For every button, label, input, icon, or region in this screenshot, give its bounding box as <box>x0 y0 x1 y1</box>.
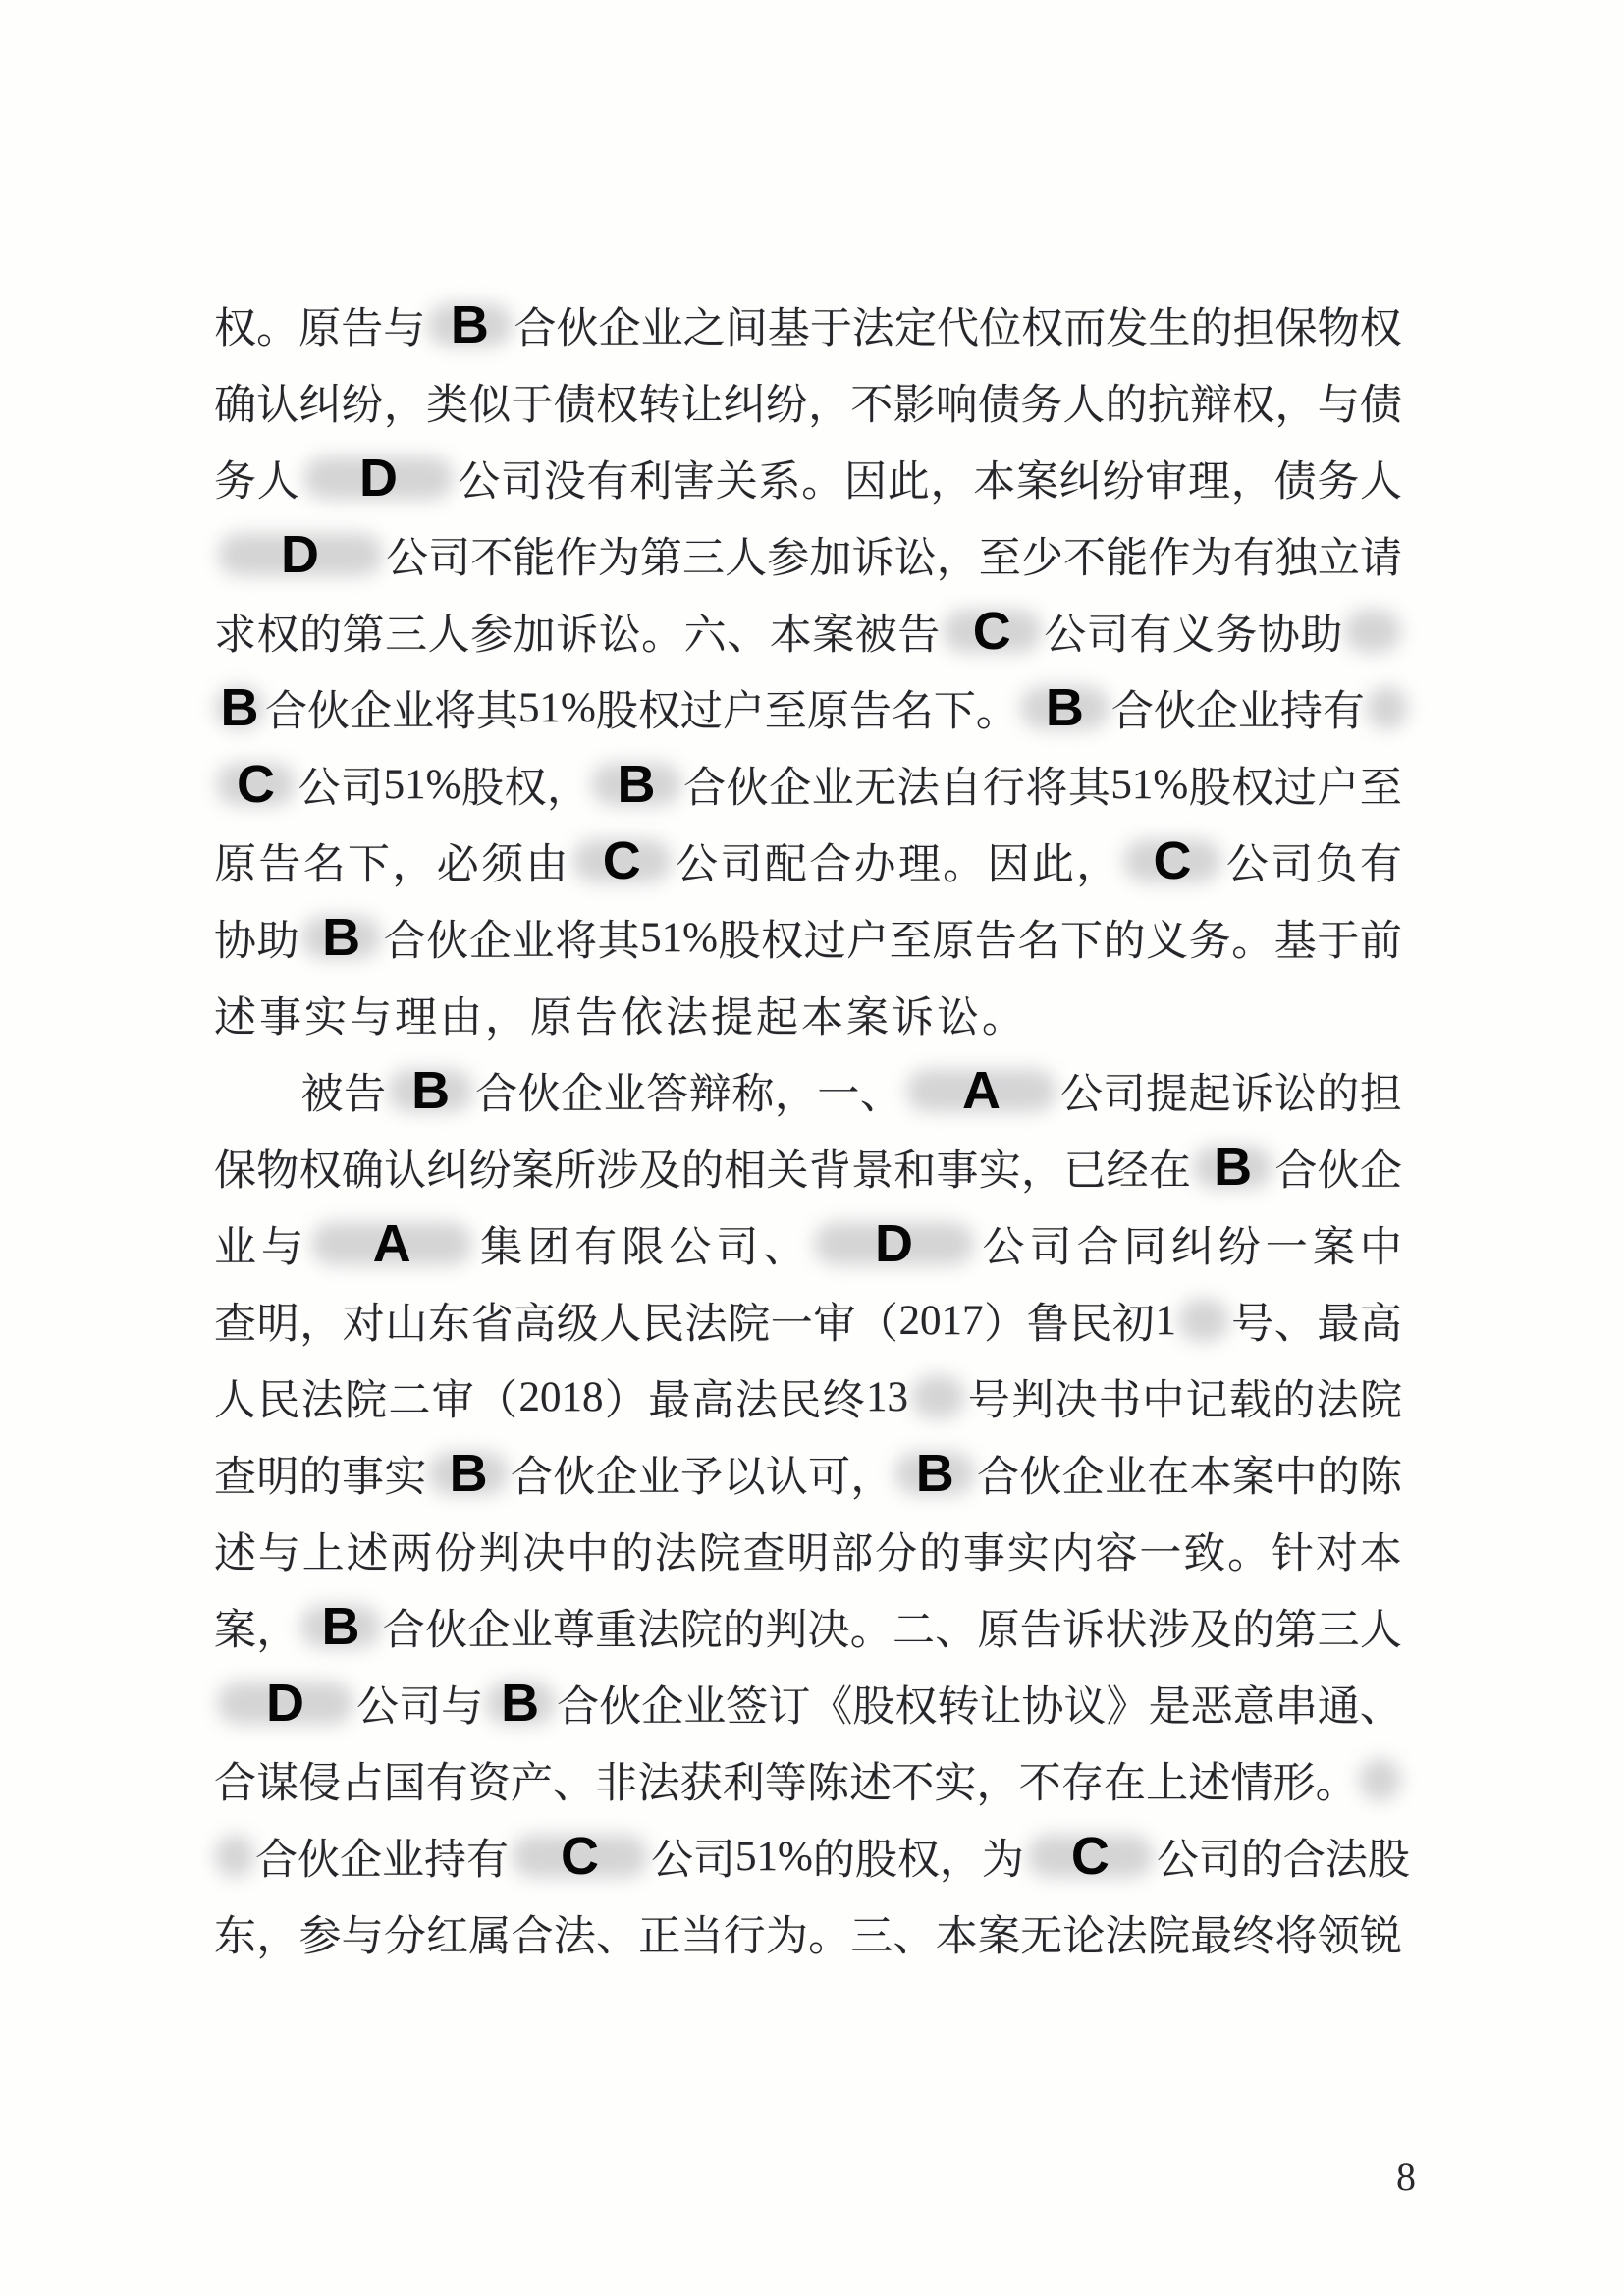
redaction-B: B <box>299 905 383 970</box>
page-number: 8 <box>1367 2154 1445 2200</box>
glyph: 的 <box>919 1521 961 1580</box>
glyph: 求 <box>214 602 256 662</box>
glyph: 合 <box>512 1903 554 1963</box>
glyph: 第 <box>343 602 385 662</box>
blur-smudge-icon <box>1366 686 1408 729</box>
glyph: 最 <box>1317 1291 1359 1351</box>
glyph: 的 <box>1232 1597 1274 1657</box>
glyph: 合 <box>511 1444 553 1504</box>
glyph: 伙 <box>425 1597 467 1657</box>
glyph: 股 <box>852 1674 894 1734</box>
glyph: 提 <box>1146 1061 1188 1121</box>
glyph: 原 <box>978 1597 1020 1657</box>
glyph: 合 <box>514 295 556 355</box>
glyph: 权 <box>504 755 546 815</box>
glyph: 伙 <box>599 1674 641 1734</box>
glyph: 公 <box>1044 602 1086 662</box>
glyph: 的 <box>1317 1061 1359 1121</box>
glyph: 务 <box>1317 449 1359 508</box>
blur-smudge-icon <box>1178 1299 1230 1342</box>
redaction-letter: B <box>451 298 489 351</box>
glyph: 及 <box>639 1138 681 1198</box>
glyph: 公 <box>983 1214 1025 1274</box>
glyph: 司 <box>1087 602 1129 662</box>
glyph: 伙 <box>1019 1444 1061 1504</box>
redaction-blur <box>214 1824 255 1889</box>
glyph: 利 <box>629 449 672 508</box>
glyph: 判 <box>765 1597 807 1657</box>
glyph: 讼 <box>1274 1061 1317 1121</box>
glyph: 人 <box>1360 449 1402 508</box>
glyph: 意 <box>1233 1674 1275 1734</box>
glyph: 企 <box>769 755 811 815</box>
glyph: 协 <box>1258 602 1300 662</box>
glyph: 司 <box>501 449 543 508</box>
glyph: 合 <box>1274 1138 1317 1198</box>
glyph: 户 <box>723 678 765 738</box>
glyph: 自 <box>940 755 982 815</box>
glyph: 本 <box>770 602 812 662</box>
glyph: 经 <box>1107 1138 1149 1198</box>
glyph: 企 <box>599 295 641 355</box>
redaction-letter: B <box>618 758 656 811</box>
glyph: 原 <box>932 908 974 968</box>
glyph: ， <box>977 1750 1019 1810</box>
text-line: 合谋侵占国有资产、非法获利等陈述不实，不存在上述情形。 <box>214 1741 1402 1818</box>
glyph: 、 <box>727 602 769 662</box>
glyph: 业 <box>382 1827 424 1887</box>
glyph: 其 <box>1068 755 1110 815</box>
glyph: 与 <box>383 295 425 355</box>
glyph: 纷 <box>1218 1214 1261 1274</box>
glyph: 务 <box>1189 908 1231 968</box>
glyph: 将 <box>555 908 597 968</box>
glyph: 股 <box>718 908 760 968</box>
glyph: 前 <box>1360 908 1402 968</box>
glyph: 有 <box>1323 678 1365 738</box>
glyph: 二 <box>893 1597 935 1657</box>
glyph: 法 <box>301 1367 344 1427</box>
glyph: 的 <box>611 1521 653 1580</box>
text-line: 务人D公司没有利害关系。因此，本案纠纷审理，债务人 <box>214 440 1402 516</box>
glyph: 中 <box>1142 1367 1184 1427</box>
glyph: 协 <box>1022 1674 1064 1734</box>
blur-smudge-icon <box>911 1375 966 1418</box>
blur-smudge-icon <box>1359 1758 1401 1801</box>
glyph: 论 <box>1062 1903 1105 1963</box>
glyph: 债 <box>978 372 1020 432</box>
glyph: 有 <box>587 449 629 508</box>
glyph: 原 <box>214 831 256 891</box>
redaction-letter: B <box>322 1600 360 1653</box>
glyph: 容 <box>1096 1521 1138 1580</box>
glyph: 侵 <box>298 1750 341 1810</box>
glyph: ， <box>547 755 589 815</box>
glyph: 领 <box>1318 1903 1360 1963</box>
glyph: 本 <box>1360 1521 1402 1580</box>
redaction-B: B <box>590 752 683 817</box>
glyph: 无 <box>854 755 896 815</box>
glyph: 事 <box>937 1138 979 1198</box>
glyph: 的 <box>299 602 342 662</box>
glyph: ， <box>392 831 434 891</box>
glyph: 诉 <box>1231 1061 1273 1121</box>
glyph: 对 <box>1316 1521 1358 1580</box>
glyph: 名 <box>892 678 934 738</box>
glyph: 代 <box>937 295 979 355</box>
glyph: 加 <box>809 525 851 585</box>
glyph: 股 <box>596 678 638 738</box>
glyph: 合 <box>1077 1214 1119 1274</box>
glyph: 合 <box>1283 1827 1326 1887</box>
glyph: 告 <box>344 1061 386 1121</box>
glyph: 合 <box>1111 678 1154 738</box>
glyph: 案 <box>1016 449 1058 508</box>
glyph: 诉 <box>852 525 894 585</box>
glyph: 51% <box>518 684 596 732</box>
glyph: 业 <box>683 1674 726 1734</box>
glyph: （ <box>475 1367 517 1427</box>
redaction-B: B <box>483 1671 557 1735</box>
glyph: ， <box>1076 831 1118 891</box>
glyph: 定 <box>894 295 937 355</box>
glyph: 与 <box>441 1674 483 1734</box>
glyph: 合 <box>475 1061 517 1121</box>
glyph: 的 <box>681 1138 724 1198</box>
glyph: 告 <box>897 602 940 662</box>
glyph: 至 <box>765 678 807 738</box>
glyph: 名 <box>303 831 346 891</box>
glyph: 权 <box>761 908 803 968</box>
glyph: 理 <box>1188 449 1230 508</box>
glyph: 业 <box>638 1444 680 1504</box>
glyph: 订 <box>768 1674 810 1734</box>
redaction-letter: C <box>1154 834 1192 887</box>
glyph: 过 <box>680 678 723 738</box>
glyph: 占 <box>341 1750 383 1810</box>
glyph: 理 <box>898 831 941 891</box>
glyph: 有 <box>1233 525 1275 585</box>
glyph: 、 <box>1274 1291 1317 1351</box>
glyph: 于 <box>512 372 554 432</box>
glyph: 合 <box>265 678 307 738</box>
glyph: 无 <box>1020 1903 1062 1963</box>
glyph: 权 <box>638 678 680 738</box>
redaction-letter: B <box>1046 681 1084 734</box>
glyph: 产 <box>511 1750 553 1810</box>
redaction-B: B <box>893 1441 977 1506</box>
glyph: 伙 <box>556 295 598 355</box>
glyph: 非 <box>595 1750 637 1810</box>
glyph: 陈 <box>807 1750 849 1810</box>
text-line: 确认纠纷，类似于债权转让纠纷，不影响债务人的抗辩权，与债 <box>214 363 1402 440</box>
redaction-B: B <box>425 293 514 357</box>
glyph: ， <box>940 1827 982 1887</box>
glyph: 实 <box>934 1750 976 1810</box>
redaction-D: D <box>300 446 458 510</box>
blur-smudge-icon <box>1344 610 1401 653</box>
glyph: 民 <box>642 1291 684 1351</box>
glyph: 的 <box>1106 372 1148 432</box>
glyph: 记 <box>1186 1367 1228 1427</box>
glyph: 将 <box>1274 1903 1317 1963</box>
glyph: 民 <box>1069 1291 1111 1351</box>
glyph: 债 <box>1274 449 1317 508</box>
glyph: 院 <box>728 1291 770 1351</box>
glyph: 权 <box>299 1138 342 1198</box>
glyph: 予 <box>680 1444 723 1504</box>
text-line: 人民法院二审（2018）最高法民终13号判决书中记载的法院 <box>214 1359 1402 1435</box>
glyph: 公 <box>458 449 500 508</box>
redaction-C: C <box>509 1824 651 1889</box>
glyph: 能 <box>1106 525 1148 585</box>
glyph: 股 <box>1368 1827 1410 1887</box>
glyph: 终 <box>1232 1903 1274 1963</box>
glyph: 认 <box>766 1444 808 1504</box>
glyph: 因 <box>844 449 887 508</box>
glyph: 司 <box>428 525 470 585</box>
glyph: 的 <box>1104 908 1146 968</box>
glyph: 案 <box>812 602 854 662</box>
glyph: 一 <box>771 1291 813 1351</box>
glyph: 公 <box>298 755 341 815</box>
glyph: 合 <box>809 831 851 891</box>
glyph: 恶 <box>1191 1674 1233 1734</box>
glyph: 至 <box>1360 755 1402 815</box>
glyph: 实 <box>1007 1521 1050 1580</box>
glyph: 相 <box>724 1138 766 1198</box>
glyph: 基 <box>768 295 810 355</box>
glyph: 司 <box>693 1827 735 1887</box>
glyph: 物 <box>256 1138 298 1198</box>
glyph: 须 <box>481 831 523 891</box>
glyph: 院 <box>680 1597 723 1657</box>
glyph: 公 <box>676 831 718 891</box>
glyph: 下 <box>1060 908 1103 968</box>
glyph: 。 <box>641 602 683 662</box>
glyph: 重 <box>595 1597 637 1657</box>
text-line: 述事实与理由，原告依法提起本案诉讼。 <box>214 976 1402 1052</box>
glyph: 认 <box>384 1138 426 1198</box>
glyph: 纠 <box>1059 449 1102 508</box>
body-text: 权。原告与B合伙企业之间基于法定代位权而发生的担保物权确认纠纷，类似于债权转让纠… <box>214 287 1402 1971</box>
glyph: 伙 <box>727 755 769 815</box>
glyph: 案 <box>846 985 889 1044</box>
glyph: 事 <box>963 1521 1005 1580</box>
glyph: ， <box>485 985 527 1044</box>
glyph: 决 <box>807 1597 849 1657</box>
glyph: 的 <box>1272 1367 1315 1427</box>
glyph: 限 <box>622 1214 664 1274</box>
glyph: 伙 <box>518 1061 561 1121</box>
glyph: 过 <box>804 908 846 968</box>
glyph: 书 <box>1099 1367 1141 1427</box>
glyph: 案 <box>978 1903 1020 1963</box>
glyph: 作 <box>1148 525 1190 585</box>
glyph: 由 <box>440 985 482 1044</box>
glyph: 法 <box>1326 1827 1368 1887</box>
paragraph-indent <box>214 1091 300 1092</box>
glyph: 第 <box>640 525 682 585</box>
glyph: 。 <box>1227 1521 1270 1580</box>
glyph: 案 <box>214 1597 256 1657</box>
glyph: 51% <box>735 1833 813 1881</box>
glyph: 明 <box>786 1521 829 1580</box>
glyph: 纠 <box>298 372 341 432</box>
glyph: 。 <box>1231 908 1273 968</box>
glyph: 企 <box>596 1444 638 1504</box>
redaction-C: C <box>1121 828 1224 893</box>
redaction-B: B <box>427 1441 511 1506</box>
text-line: 查明，对山东省高级人民法院一审（2017）鲁民初1号、最高 <box>214 1282 1402 1359</box>
glyph: 讼 <box>894 525 937 585</box>
glyph: 户 <box>1317 755 1359 815</box>
glyph: 议 <box>1064 1674 1107 1734</box>
glyph: 业 <box>214 1214 256 1274</box>
glyph: 响 <box>936 372 978 432</box>
glyph: 请 <box>1360 525 1402 585</box>
glyph: ， <box>256 1903 298 1963</box>
glyph: 企 <box>1196 678 1238 738</box>
redaction-D: D <box>810 1211 977 1276</box>
glyph: 景 <box>851 1138 893 1198</box>
redaction-blur <box>1358 1747 1402 1812</box>
redaction-letter: B <box>221 681 259 734</box>
redaction-D: D <box>214 522 386 587</box>
glyph: 最 <box>1190 1903 1232 1963</box>
glyph: 明 <box>256 1444 298 1504</box>
glyph: 法 <box>685 1291 728 1351</box>
redaction-letter: B <box>1214 1141 1252 1194</box>
glyph: 司 <box>1199 1827 1241 1887</box>
glyph: 《 <box>810 1674 852 1734</box>
glyph: 51% <box>1110 761 1188 809</box>
glyph: 国 <box>384 1750 426 1810</box>
glyph: 纷 <box>1103 449 1145 508</box>
glyph: 担 <box>1232 295 1274 355</box>
glyph: 述 <box>1188 1750 1230 1810</box>
glyph: 伙 <box>1318 1138 1360 1198</box>
glyph: 通 <box>1318 1674 1360 1734</box>
glyph: 法 <box>637 1750 679 1810</box>
glyph: 类 <box>426 372 468 432</box>
glyph: 诉 <box>892 985 934 1044</box>
glyph: 中 <box>1360 1214 1402 1274</box>
glyph: 高 <box>1360 1291 1402 1351</box>
glyph: 将 <box>1025 755 1067 815</box>
glyph: 司 <box>1271 831 1313 891</box>
glyph: 纠 <box>426 1138 468 1198</box>
glyph: 负 <box>1316 831 1358 891</box>
text-line: 查明的事实B合伙企业予以认可，B合伙企业在本案中的陈 <box>214 1435 1402 1512</box>
glyph: 有 <box>1129 602 1171 662</box>
redaction-letter: B <box>411 1064 450 1117</box>
glyph: ， <box>299 1291 342 1351</box>
glyph: 原 <box>530 985 572 1044</box>
redaction-letter: D <box>266 1677 304 1730</box>
glyph: ） <box>605 1367 647 1427</box>
glyph: 合 <box>255 1827 298 1887</box>
glyph: 影 <box>893 372 936 432</box>
glyph: 权 <box>1231 755 1273 815</box>
glyph: 公 <box>1226 831 1269 891</box>
glyph: 人 <box>1062 372 1105 432</box>
glyph: 确 <box>342 1138 384 1198</box>
glyph: 号 <box>1231 1291 1273 1351</box>
glyph: 似 <box>468 372 511 432</box>
glyph: ， <box>1021 1138 1063 1198</box>
glyph: 提 <box>711 985 753 1044</box>
glyph: 理 <box>395 985 437 1044</box>
glyph: 合 <box>383 1597 425 1657</box>
redaction-A: A <box>308 1211 475 1276</box>
glyph: 此 <box>1032 831 1074 891</box>
glyph: 。 <box>982 985 1024 1044</box>
glyph: 省 <box>471 1291 514 1351</box>
glyph: 人 <box>599 1291 641 1351</box>
glyph: 的 <box>299 1444 342 1504</box>
glyph: 存 <box>1061 1750 1104 1810</box>
glyph: 51% <box>384 761 461 809</box>
glyph: 物 <box>1318 295 1360 355</box>
glyph: 作 <box>556 525 598 585</box>
glyph: 司 <box>341 755 383 815</box>
glyph: 务 <box>1215 602 1257 662</box>
text-line: D公司不能作为第三人参加诉讼，至少不能作为有独立请 <box>214 516 1402 593</box>
glyph: 企 <box>1062 1444 1105 1504</box>
glyph: 与 <box>342 1903 384 1963</box>
glyph: 查 <box>214 1444 256 1504</box>
glyph: 。 <box>1316 1750 1358 1810</box>
glyph: 一 <box>1139 1521 1181 1580</box>
text-line: B合伙企业将其51%股权过户至原告名下。B合伙企业持有 <box>214 669 1402 746</box>
glyph: 的 <box>813 1827 855 1887</box>
glyph: 纠 <box>724 372 766 432</box>
glyph: ， <box>808 372 850 432</box>
glyph: 系 <box>759 449 801 508</box>
glyph: 由 <box>525 831 568 891</box>
glyph: 述 <box>347 1521 389 1580</box>
glyph: 业 <box>1105 1444 1147 1504</box>
redaction-letter: B <box>450 1447 488 1500</box>
glyph: ， <box>1231 449 1273 508</box>
glyph: 司 <box>1030 1214 1072 1274</box>
glyph: 针 <box>1272 1521 1314 1580</box>
redaction-letter: A <box>962 1064 1001 1117</box>
glyph: 二 <box>388 1367 430 1427</box>
glyph: ） <box>984 1291 1026 1351</box>
redaction-C: C <box>941 599 1044 664</box>
glyph: 于 <box>1317 908 1359 968</box>
redaction-letter: D <box>281 528 319 581</box>
glyph: 转 <box>638 372 680 432</box>
glyph: 人 <box>1360 1597 1402 1657</box>
glyph: 将 <box>434 678 476 738</box>
glyph: 是 <box>1149 1674 1191 1734</box>
glyph: 涉 <box>1148 1597 1190 1657</box>
glyph: 合 <box>384 908 426 968</box>
glyph: 、 <box>893 1903 936 1963</box>
glyph: 至 <box>979 525 1021 585</box>
redaction-letter: B <box>916 1447 954 1500</box>
glyph: 务 <box>214 449 256 508</box>
glyph: 企 <box>469 908 512 968</box>
glyph: 本 <box>1190 1444 1232 1504</box>
glyph: ， <box>931 449 973 508</box>
glyph: 本 <box>936 1903 978 1963</box>
glyph: 、 <box>935 1597 977 1657</box>
glyph: 伙 <box>298 1827 340 1887</box>
